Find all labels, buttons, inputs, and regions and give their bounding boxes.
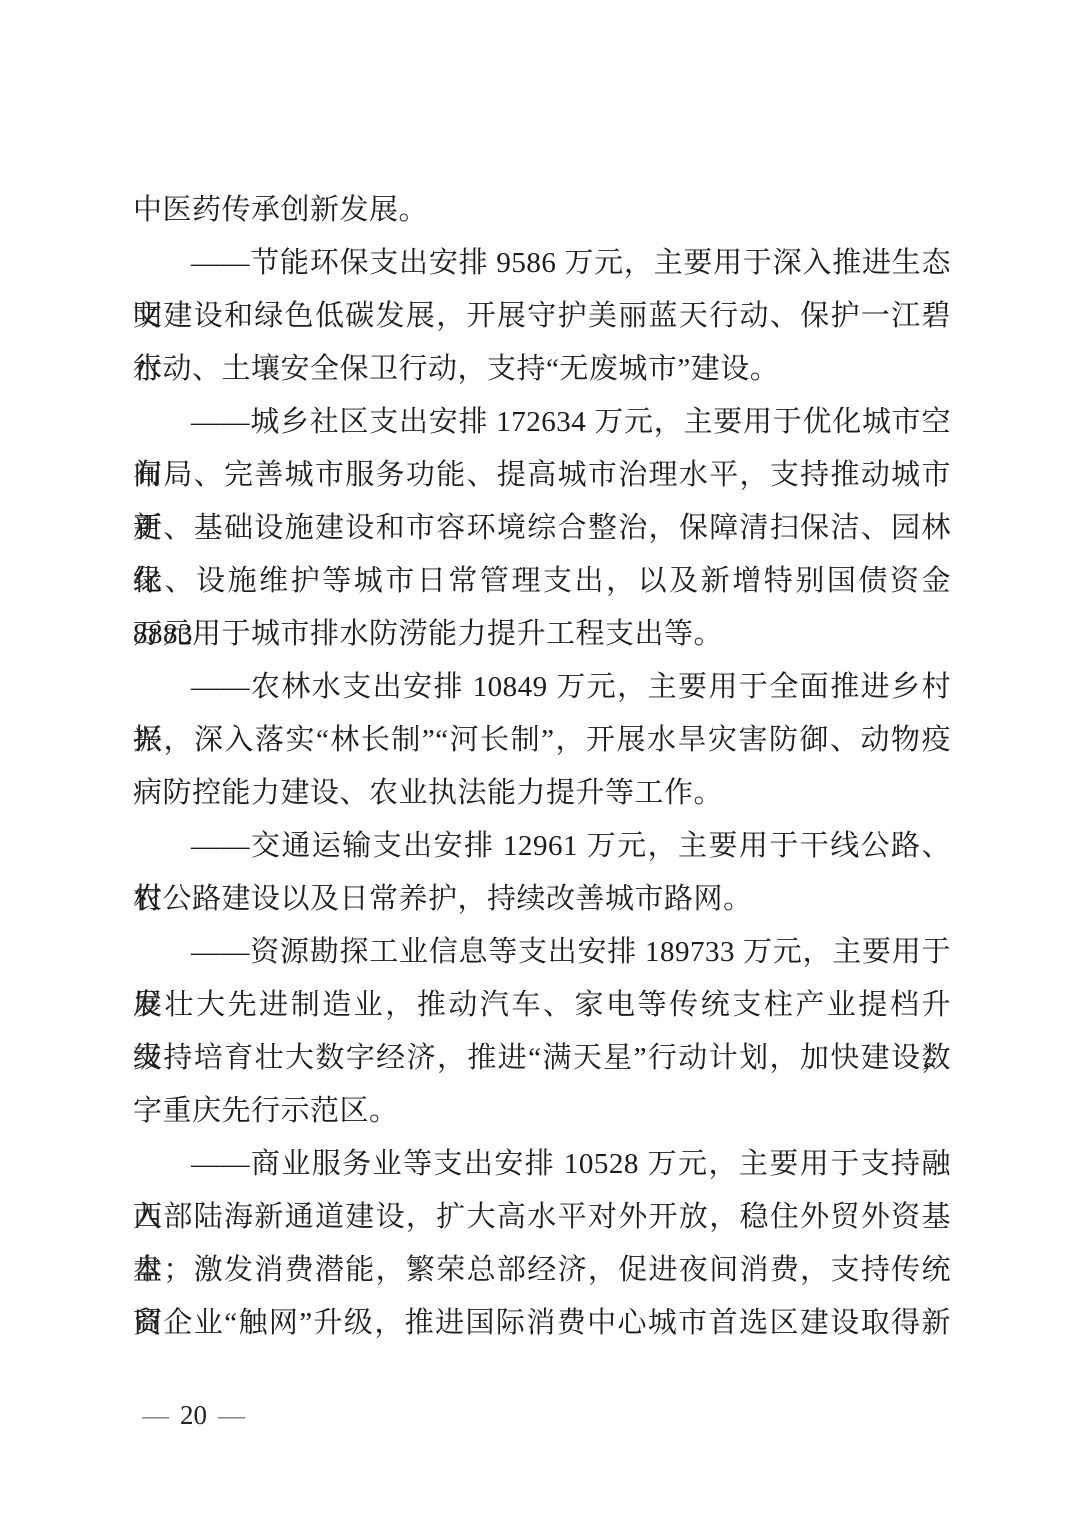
paragraph-commercial-services: ——商业服务业等支出安排 10528 万元，主要用于支持融入 西部陆海新通道建设…: [133, 1138, 951, 1350]
page-number: 20: [180, 1400, 207, 1431]
text-line: ——资源勘探工业信息等支出安排 189733 万元，主要用于发: [133, 926, 951, 979]
text-line: 化、设施维护等城市日常管理支出，以及新增特别国债资金 8883: [133, 555, 951, 608]
text-line: 行动、土壤安全保卫行动，支持“无废城市”建设。: [133, 343, 951, 396]
text-line: 展壮大先进制造业，推动汽车、家电等传统支柱产业提档升级，: [133, 979, 951, 1032]
text-line: 村公路建设以及日常养护，持续改善城市路网。: [133, 873, 951, 926]
footer-dash-right: —: [207, 1400, 256, 1431]
paragraph-transportation: ——交通运输支出安排 12961 万元，主要用于干线公路、农 村公路建设以及日常…: [133, 820, 951, 926]
paragraph-urban-rural-community: ——城乡社区支出安排 172634 万元，主要用于优化城市空间 布局、完善城市服…: [133, 396, 951, 661]
text-line: ——城乡社区支出安排 172634 万元，主要用于优化城市空间: [133, 396, 951, 449]
paragraph-energy-conservation: ——节能环保支出安排 9586 万元，主要用于深入推进生态文 明建设和绿色低碳发…: [133, 237, 951, 396]
text-line: 支持培育壮大数字经济，推进“满天星”行动计划，加快建设数: [133, 1032, 951, 1085]
paragraph-agriculture-forestry-water: ——农林水支出安排 10849 万元，主要用于全面推进乡村振 兴，深入落实“林长…: [133, 661, 951, 820]
page-body-text: 中医药传承创新发展。 ——节能环保支出安排 9586 万元，主要用于深入推进生态…: [133, 184, 951, 1350]
paragraph-resource-exploration-industry-info: ——资源勘探工业信息等支出安排 189733 万元，主要用于发 展壮大先进制造业…: [133, 926, 951, 1138]
text-line: ——农林水支出安排 10849 万元，主要用于全面推进乡村振: [133, 661, 951, 714]
text-line: 字重庆先行示范区。: [133, 1085, 951, 1138]
text-line: 西部陆海新通道建设，扩大高水平对外开放，稳住外贸外资基本: [133, 1191, 951, 1244]
text-line: 中医药传承创新发展。: [133, 184, 951, 237]
text-line: 盘；激发消费潜能，繁荣总部经济，促进夜间消费，支持传统商: [133, 1244, 951, 1297]
text-line: ——交通运输支出安排 12961 万元，主要用于干线公路、农: [133, 820, 951, 873]
footer-dash-left: —: [131, 1400, 180, 1431]
text-line: 病防控能力建设、农业执法能力提升等工作。: [133, 767, 951, 820]
text-line: 布局、完善城市服务功能、提高城市治理水平，支持推动城市更: [133, 449, 951, 502]
text-line: 明建设和绿色低碳发展，开展守护美丽蓝天行动、保护一江碧水: [133, 290, 951, 343]
paragraph-continuation: 中医药传承创新发展。: [133, 184, 951, 237]
document-page: 中医药传承创新发展。 ——节能环保支出安排 9586 万元，主要用于深入推进生态…: [0, 0, 1074, 1520]
text-line: 新、基础设施建设和市容环境综合整治，保障清扫保洁、园林绿: [133, 502, 951, 555]
text-line: 兴，深入落实“林长制”“河长制”，开展水旱灾害防御、动物疫: [133, 714, 951, 767]
text-line: ——商业服务业等支出安排 10528 万元，主要用于支持融入: [133, 1138, 951, 1191]
text-line: ——节能环保支出安排 9586 万元，主要用于深入推进生态文: [133, 237, 951, 290]
text-line: 万元用于城市排水防涝能力提升工程支出等。: [133, 608, 951, 661]
page-footer: — 20 —: [131, 1399, 256, 1431]
text-line: 贸企业“触网”升级，推进国际消费中心城市首选区建设取得新: [133, 1297, 951, 1350]
